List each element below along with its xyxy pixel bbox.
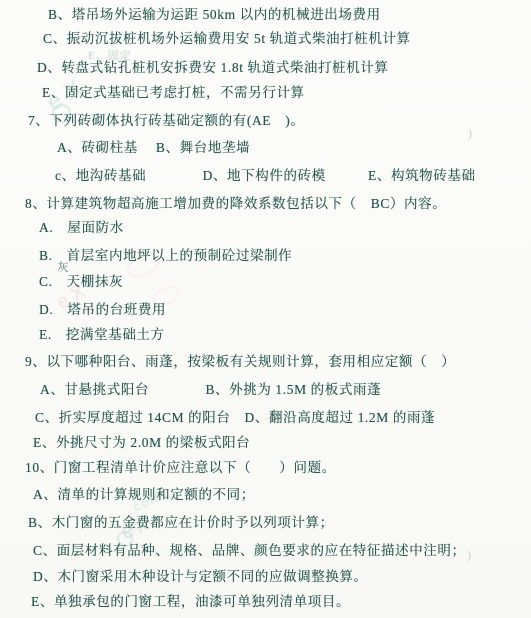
- q8-stem: 8、计算建筑物超高施工增加费的降效系数包括以下（ BC）内容。: [25, 197, 446, 211]
- q8-option-c: C. 天棚抹灰: [39, 275, 123, 289]
- q6-option-e: E、固定式基础已考虑打桩，不需另行计算: [42, 86, 305, 100]
- q7-stem: 7、下列砖砌体执行砖基础定额的有(AE )。: [28, 114, 304, 128]
- scan-artifact: ): [467, 548, 471, 563]
- q10-option-b: B、木门窗的五金费都应在计价时予以列项计算；: [28, 516, 334, 530]
- q10-option-e: E、单独承包的门窗工程，油漆可单独列清单项目。: [31, 595, 350, 609]
- scanned-exam-page: eX eX .com ex E、固定 B、塔吊场外运输为运距 50km 以内的机…: [0, 0, 531, 618]
- q7-options-ab: A、砖砌柱基 B、舞台地垄墙: [57, 141, 250, 155]
- q10-stem: 10、门窗工程清单计价应注意以下（ ）问题。: [25, 461, 336, 475]
- q9-option-e: E、外挑尺寸为 2.0M 的梁板式阳台: [33, 436, 250, 450]
- q8-option-e: E. 挖满堂基础土方: [39, 328, 165, 342]
- stray-character: 灰: [57, 259, 69, 275]
- q9-options-ab: A、甘悬挑式阳台 B、外挑为 1.5M 的板式雨蓬: [40, 383, 381, 397]
- q8-option-a: A. 屋面防水: [39, 221, 124, 235]
- q10-option-d: D、木门窗采用木种设计与定额不同的应做调整换算。: [33, 570, 368, 584]
- q9-options-cd: C、折实厚度超过 14CM 的阳台 D、翻沿高度超过 1.2M 的雨蓬: [35, 411, 435, 425]
- q6-option-b: B、塔吊场外运输为运距 50km 以内的机械进出场费用: [48, 8, 381, 22]
- q6-option-c: C、振动沉拔桩机场外运输费用安 5t 轨道式柴油打桩机计算: [43, 32, 411, 46]
- q6-option-d: D、转盘式钻孔桩机安拆费安 1.8t 轨道式柴油打桩机计算: [37, 61, 389, 75]
- q7-options-cde: c、地沟砖基础 D、地下构件的砖模 E、构筑物砖基础: [55, 169, 476, 183]
- scan-artifact: ): [468, 126, 472, 141]
- q10-option-a: A、清单的计算规则和定额的不同；: [33, 488, 255, 502]
- q8-option-d: D. 塔吊的台班费用: [39, 303, 166, 317]
- q10-option-c: C、面层材料有品种、规格、品牌、颜色要求的应在特征描述中注明；: [33, 544, 466, 558]
- q8-option-b: B. 首层室内地坪以上的预制砼过梁制作: [39, 249, 292, 263]
- q9-stem: 9、以下哪种阳台、雨蓬，按梁板有关规则计算，套用相应定额（ ）: [25, 355, 455, 369]
